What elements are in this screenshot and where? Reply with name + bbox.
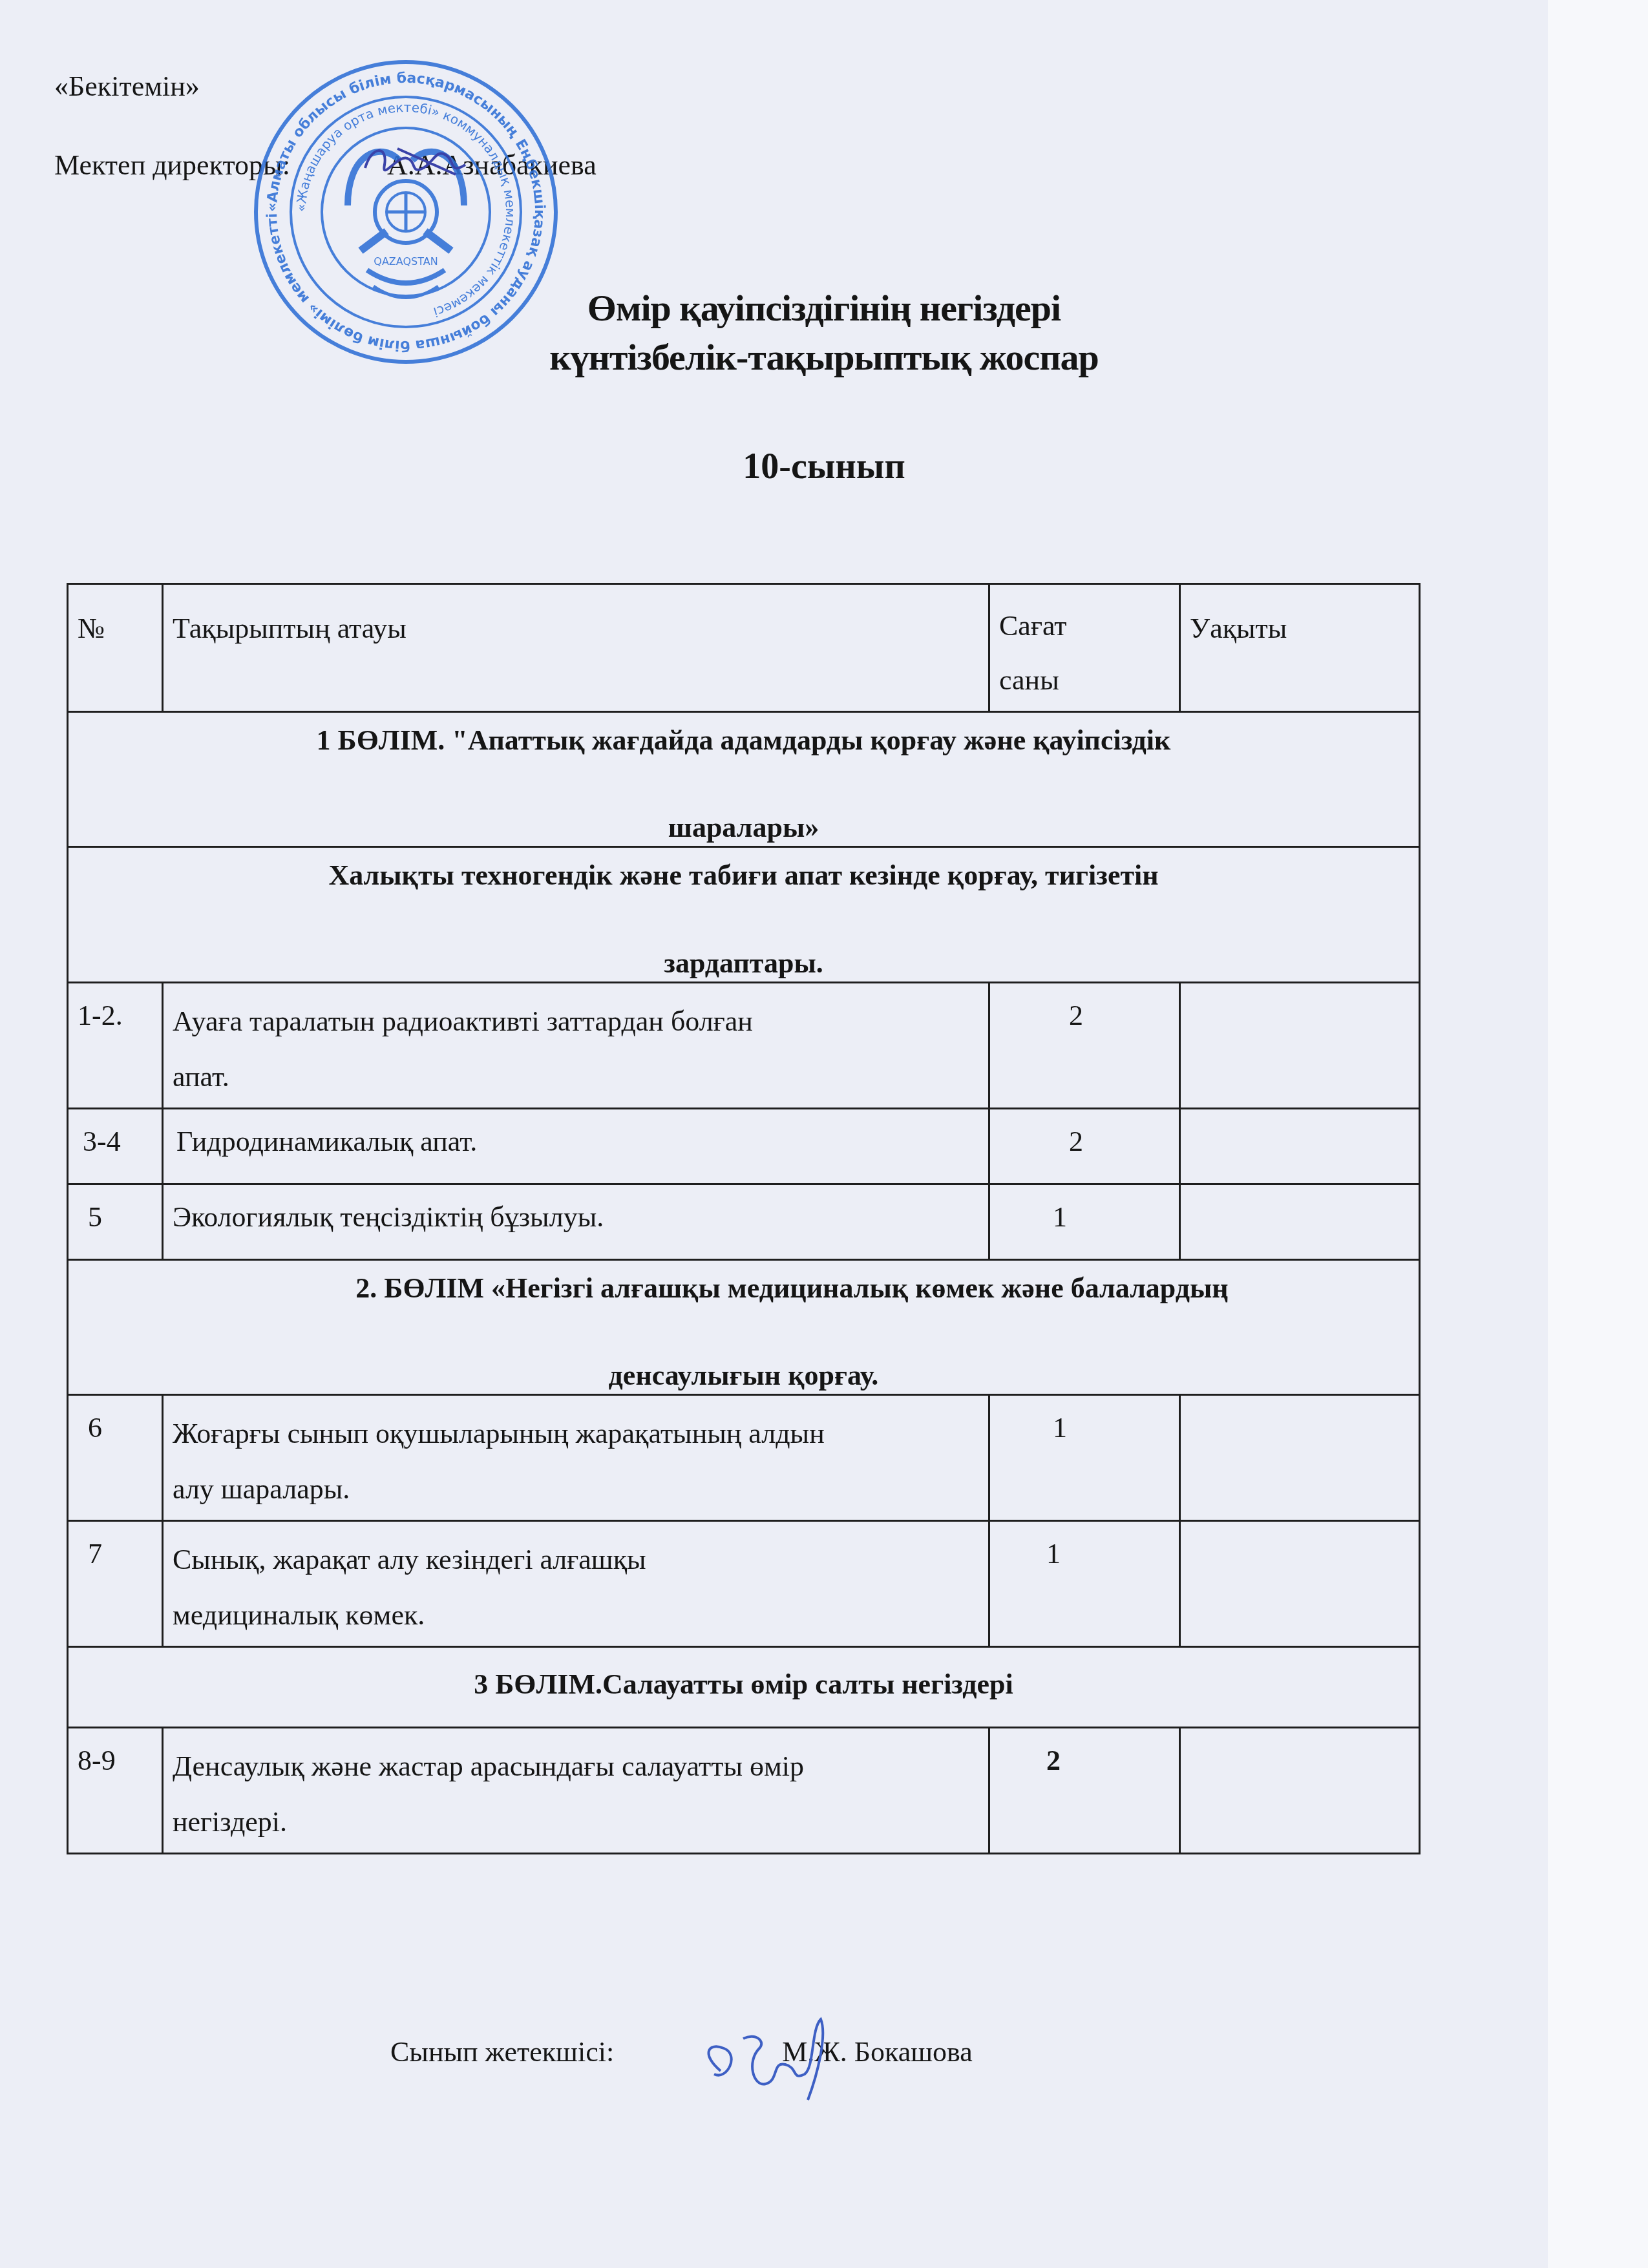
row-time	[1181, 983, 1419, 994]
header-no: №	[69, 585, 162, 658]
row-no: 3-4	[69, 1109, 162, 1164]
director-signature-icon	[359, 136, 472, 187]
document-title-line1: Өмір қауіпсіздігінің негіздері	[0, 288, 1648, 328]
document-title-line2: күнтізбелік-тақырыптық жоспар	[0, 337, 1648, 377]
table-row: 8-9 Денсаулық және жастар арасындағы сал…	[68, 1728, 1420, 1854]
header-hours: Сағатсаны	[990, 585, 1179, 707]
section-title: 1 БӨЛІМ. "Апаттық жағдайда адамдарды қор…	[317, 724, 1171, 756]
table-row: 7 Сынық, жарақат алу кезіндегі алғашқы м…	[68, 1521, 1420, 1647]
section-title: 3 БӨЛІМ.Салауатты өмір салты негіздері	[69, 1648, 1419, 1703]
section-title: 2. БӨЛІМ «Негізгі алғашқы медициналық кө…	[259, 1272, 1228, 1304]
row-topic: Денсаулық және жастар арасындағы салауат…	[164, 1728, 988, 1850]
section-row: 1 БӨЛІМ. "Апаттық жағдайда адамдарды қор…	[68, 712, 1420, 847]
row-hours: 2	[990, 983, 1179, 1038]
row-time	[1181, 1185, 1419, 1195]
section-row: 2. БӨЛІМ «Негізгі алғашқы медициналық кө…	[68, 1259, 1420, 1394]
table-header-row: № Тақырыптың атауы Сағатсаны Уақыты	[68, 584, 1420, 712]
row-hours: 1	[990, 1396, 1179, 1450]
class-teacher-line: Сынып жетекшісі:М.Ж. Бокашова	[390, 2035, 973, 2068]
row-time	[1181, 1109, 1419, 1120]
row-no: 1-2.	[69, 983, 162, 1038]
row-no: 5	[69, 1185, 162, 1239]
subsection-title: Халықты техногендік және табиғи апат кез…	[328, 859, 1158, 891]
row-no: 7	[69, 1522, 162, 1576]
plan-table: № Тақырыптың атауы Сағатсаны Уақыты 1 БӨ…	[67, 583, 1421, 1854]
subsection-row: Халықты техногендік және табиғи апат кез…	[68, 847, 1420, 982]
table-row: 1-2. Ауаға таралатын радиоактивті заттар…	[68, 982, 1420, 1108]
table-row: 5 Экологиялық теңсіздіктің бұзылуы. 1	[68, 1184, 1420, 1259]
row-topic: Сынық, жарақат алу кезіндегі алғашқы мед…	[164, 1522, 988, 1643]
approval-label: «Бекітемін»	[54, 70, 200, 103]
section-row: 3 БӨЛІМ.Салауатты өмір салты негіздері	[68, 1647, 1420, 1728]
row-hours: 1	[990, 1185, 1179, 1239]
row-hours: 1	[990, 1522, 1179, 1576]
header-topic: Тақырыптың атауы	[164, 585, 988, 658]
row-topic: Экологиялық теңсіздіктің бұзылуы.	[164, 1185, 988, 1239]
row-hours: 2	[990, 1109, 1179, 1164]
row-topic: Ауаға таралатын радиоактивті заттардан б…	[164, 983, 988, 1105]
teacher-role: Сынып жетекшісі:	[390, 2036, 614, 2068]
row-time	[1181, 1728, 1419, 1739]
row-topic: Гидродинамикалық апат.	[164, 1109, 988, 1164]
row-topic: Жоғарғы сынып оқушыларының жарақатының а…	[164, 1396, 988, 1517]
row-no: 8-9	[69, 1728, 162, 1783]
table-row: 3-4 Гидродинамикалық апат. 2	[68, 1108, 1420, 1184]
header-time: Уақыты	[1181, 585, 1419, 658]
stamp-center-text: QAZAQSTAN	[374, 255, 438, 268]
row-time	[1181, 1396, 1419, 1406]
row-no: 6	[69, 1396, 162, 1450]
teacher-signature-icon	[695, 2010, 837, 2106]
row-time	[1181, 1522, 1419, 1532]
table-row: 6 Жоғарғы сынып оқушыларының жарақатының…	[68, 1395, 1420, 1521]
grade-label: 10-сынып	[0, 446, 1648, 487]
row-hours: 2	[990, 1728, 1179, 1783]
